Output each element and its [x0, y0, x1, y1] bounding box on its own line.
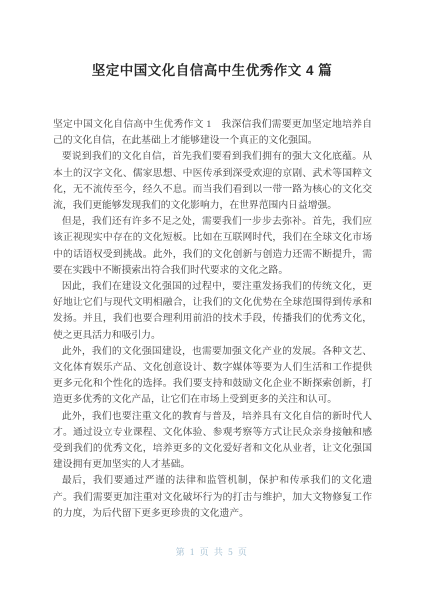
- page-number-footer: 第 1 页 共 5 页: [0, 545, 424, 558]
- paragraph: 要说到我们的文化自信，首先我们要看到我们拥有的强大文化底蕴。从本土的汉字文化、儒…: [53, 149, 372, 214]
- document-title: 坚定中国文化自信高中生优秀作文 4 篇: [0, 0, 424, 81]
- paragraph: 此外，我们的文化强国建设，也需要加强文化产业的发展。各种文艺、文化体育娱乐产品、…: [53, 344, 372, 409]
- paragraph: 因此，我们在建设文化强国的过程中，要注重发扬我们的传统文化，更好地让它们与现代文…: [53, 279, 372, 344]
- paragraph: 此外，我们也要注重文化的教育与普及，培养具有文化自信的新时代人才。通过设立专业课…: [53, 409, 372, 474]
- paragraph: 但是，我们还有许多不足之处，需要我们一步步去弥补。首先，我们应该正视现实中存在的…: [53, 214, 372, 279]
- paragraph-intro: 坚定中国文化自信高中生优秀作文 1 我深信我们需要更加坚定地培养自己的文化自信，…: [53, 117, 372, 149]
- document-page: 坚定中国文化自信高中生优秀作文 4 篇 坚定中国文化自信高中生优秀作文 1 我深…: [0, 0, 424, 600]
- paragraph: 最后，我们要通过严谨的法律和监管机制，保护和传承我们的文化遗产。我们需要更加注重…: [53, 473, 372, 522]
- document-body: 坚定中国文化自信高中生优秀作文 1 我深信我们需要更加坚定地培养自己的文化自信，…: [53, 117, 372, 522]
